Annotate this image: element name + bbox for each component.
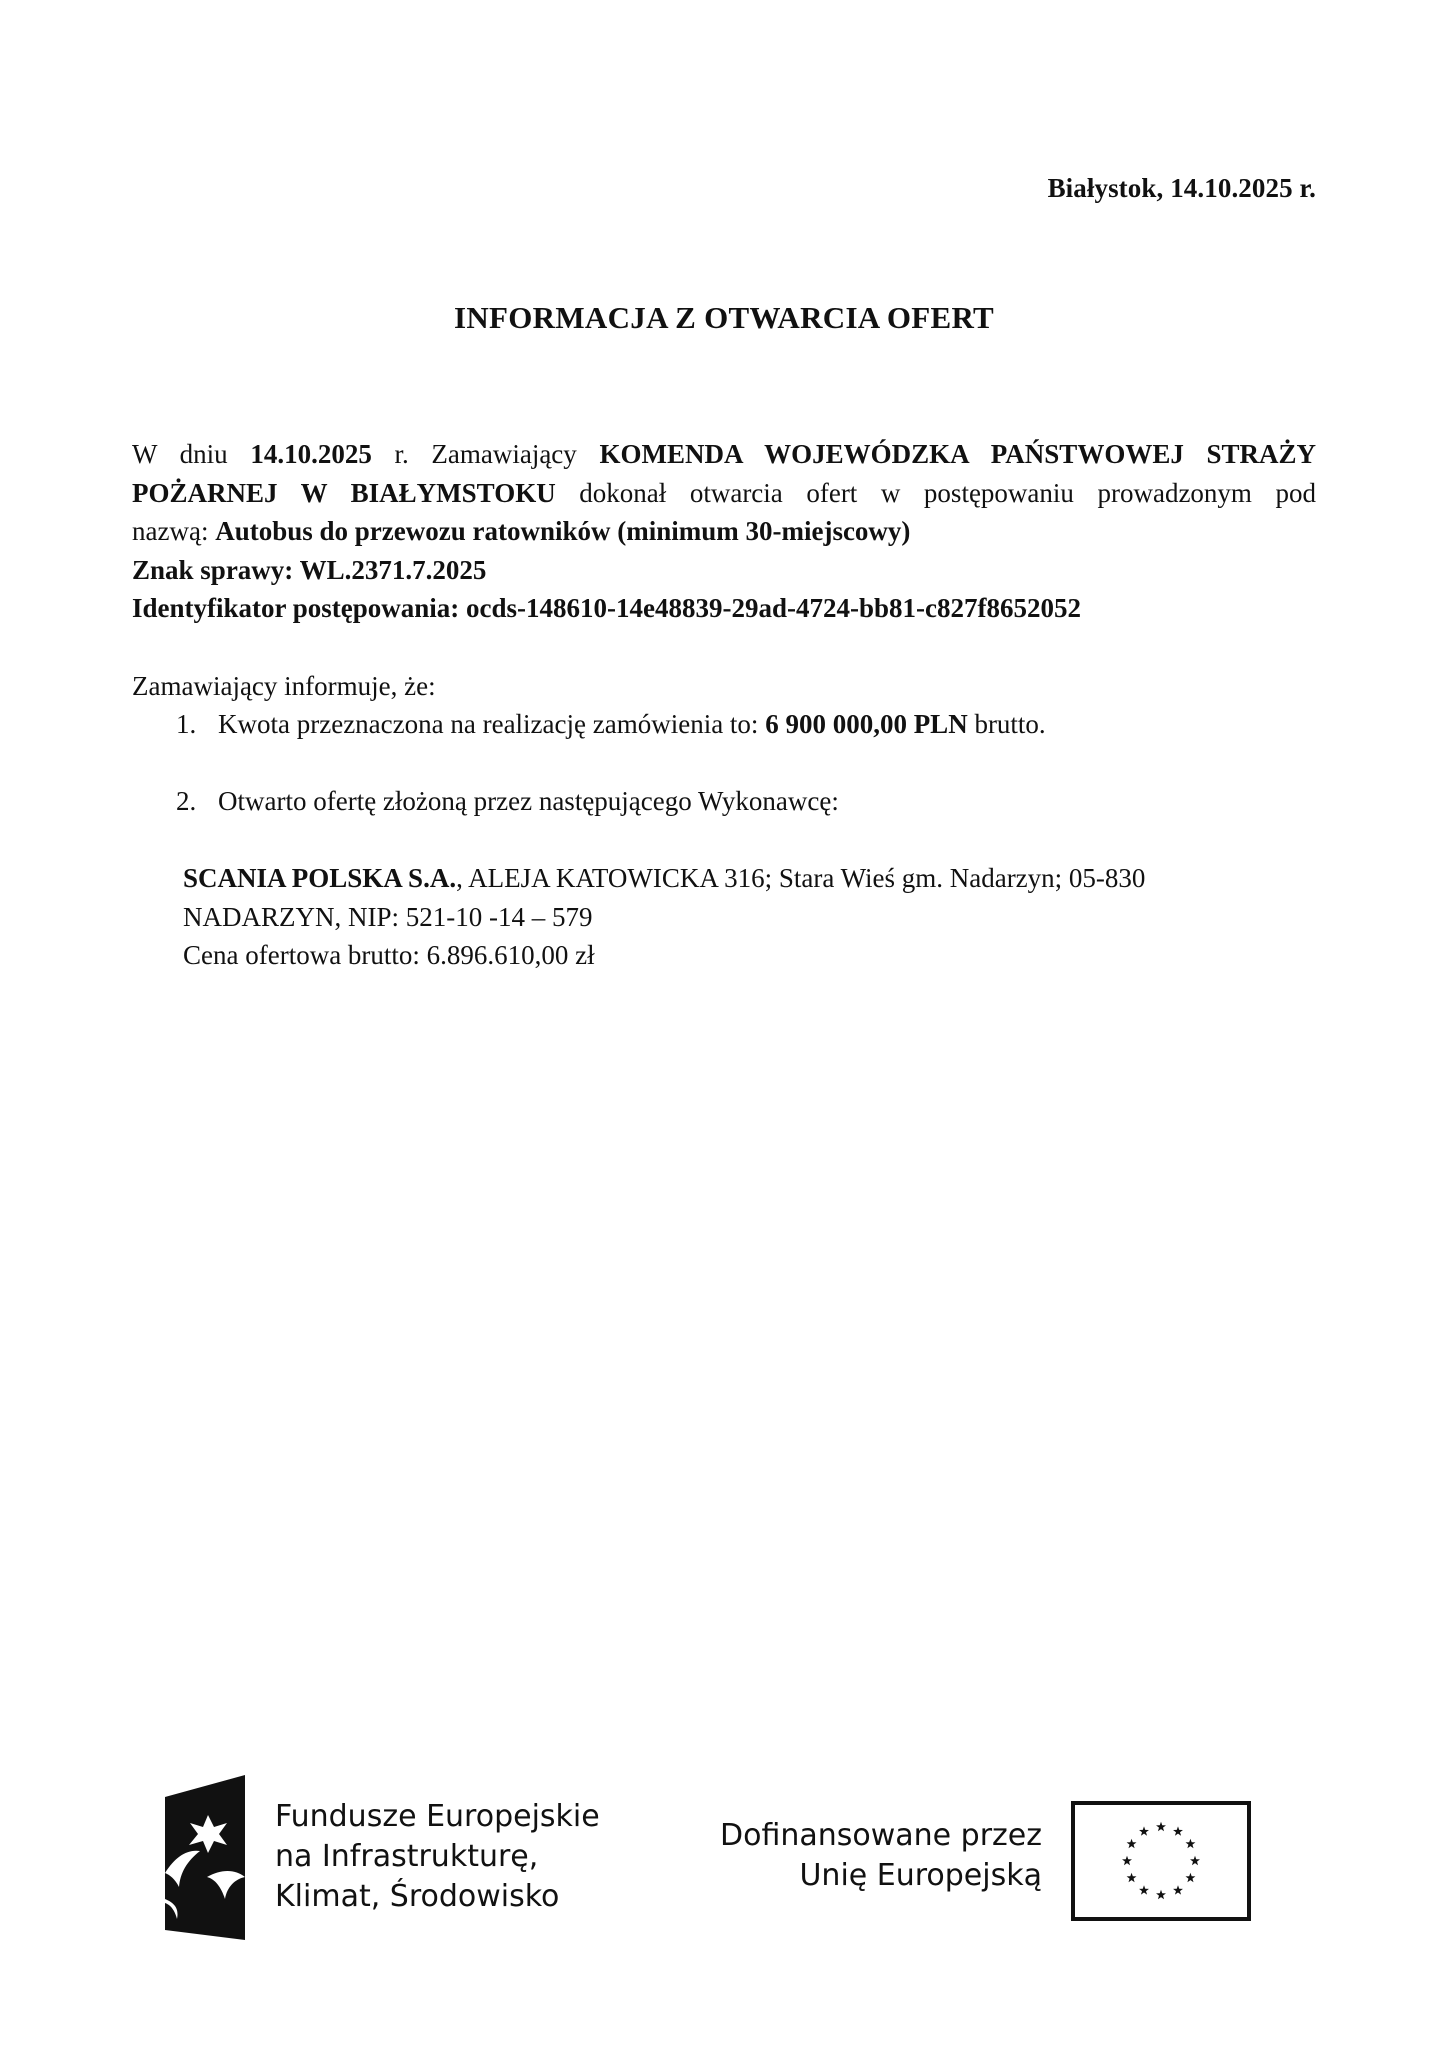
offer-price: Cena ofertowa brutto: 6.896.610,00 zł [183, 936, 1145, 975]
list-number: 2. [176, 782, 218, 820]
procedure-id-value: ocds-148610-14e48839-29ad-4724-bb81-c827… [466, 593, 1081, 623]
intro-text: W dniu [132, 439, 250, 469]
case-number-line: Znak sprawy: WL.2371.7.2025 [132, 551, 1316, 590]
contractor-line-1: SCANIA POLSKA S.A., ALEJA KATOWICKA 316;… [183, 859, 1145, 898]
contractor-name: SCANIA POLSKA S.A. [183, 863, 456, 893]
contractor-block: SCANIA POLSKA S.A., ALEJA KATOWICKA 316;… [183, 859, 1145, 975]
opening-date: 14.10.2025 [250, 439, 372, 469]
eu-text-line: Unię Europejską [690, 1856, 1042, 1896]
intro-text: nazwą: [132, 516, 215, 546]
intro-line-1: W dniu 14.10.2025 r. Zamawiający KOMENDA… [132, 435, 1316, 474]
intro-line-3: nazwą: Autobus do przewozu ratowników (m… [132, 512, 1316, 551]
contractor-line-2: NADARZYN, NIP: 521-10 -14 – 579 [183, 898, 1145, 937]
fe-logo-line: Fundusze Europejskie [275, 1797, 600, 1837]
procedure-id-label: Identyfikator postępowania: [132, 593, 466, 623]
intro-line-2: POŻARNEJ W BIAŁYMSTOKU dokonał otwarcia … [132, 474, 1316, 513]
offer-text: Otwarto ofertę złożoną przez następujące… [218, 786, 839, 816]
document-page: Białystok, 14.10.2025 r. INFORMACJA Z OT… [0, 0, 1448, 2048]
place-date: Białystok, 14.10.2025 r. [1048, 173, 1316, 204]
intro-text: dokonał otwarcia ofert w postępowaniu pr… [556, 478, 1316, 508]
budget-suffix: brutto. [968, 709, 1046, 739]
case-number-value: WL.2371.7.2025 [300, 555, 487, 585]
intro-paragraph: W dniu 14.10.2025 r. Zamawiający KOMENDA… [132, 435, 1316, 628]
procedure-id-line: Identyfikator postępowania: ocds-148610-… [132, 589, 1316, 628]
list-item-budget: 1.Kwota przeznaczona na realizację zamów… [176, 705, 1046, 743]
list-number: 1. [176, 705, 218, 743]
informs-label: Zamawiający informuje, że: [132, 667, 436, 705]
fe-logo-text: Fundusze Europejskie na Infrastrukturę, … [275, 1797, 600, 1917]
fundusze-europejskie-logo-icon [165, 1775, 255, 1940]
procurement-name: Autobus do przewozu ratowników (minimum … [215, 516, 910, 546]
document-title: INFORMACJA Z OTWARCIA OFERT [0, 300, 1448, 336]
orderer-name-part1: KOMENDA WOJEWÓDZKA PAŃSTWOWEJ STRAŻY [599, 439, 1316, 469]
contractor-address: , ALEJA KATOWICKA 316; Stara Wieś gm. Na… [456, 863, 1145, 893]
eu-text-line: Dofinansowane przez [690, 1816, 1042, 1856]
orderer-name-part2: POŻARNEJ W BIAŁYMSTOKU [132, 478, 556, 508]
eu-cofinancing-text: Dofinansowane przez Unię Europejską [690, 1816, 1042, 1896]
budget-amount: 6 900 000,00 PLN [765, 709, 968, 739]
intro-text: r. Zamawiający [372, 439, 600, 469]
fundusze-europejskie-logo: Fundusze Europejskie na Infrastrukturę, … [165, 1775, 645, 1940]
budget-text: Kwota przeznaczona na realizację zamówie… [218, 709, 765, 739]
case-number-label: Znak sprawy: [132, 555, 300, 585]
list-item-offer: 2.Otwarto ofertę złożoną przez następują… [176, 782, 839, 820]
eu-flag-icon [1071, 1801, 1251, 1921]
fe-logo-line: Klimat, Środowisko [275, 1877, 600, 1917]
fe-logo-line: na Infrastrukturę, [275, 1837, 600, 1877]
